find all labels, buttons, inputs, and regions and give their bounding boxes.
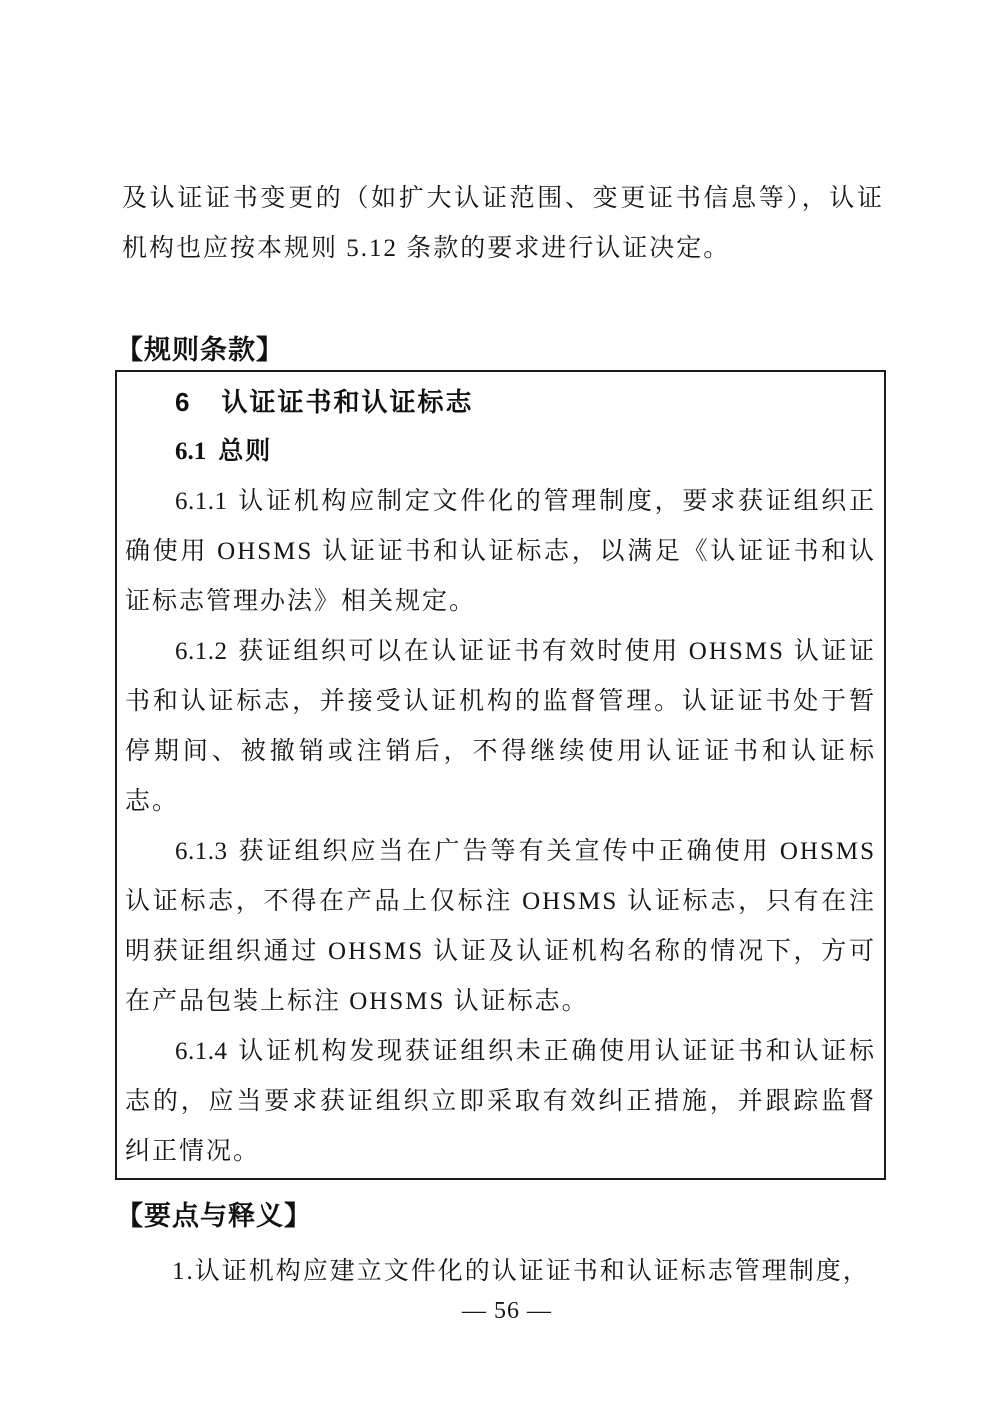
clause-text: 认证机构发现获证组织未正确使用认证证书和认证标志的，应当要求获证组织立即采取有效… <box>125 1038 876 1165</box>
clause-text: 获证组织应当在广告等有关宣传中正确使用 OHSMS 认证标志，不得在产品上仅标注… <box>125 838 876 1015</box>
chapter-number: 6 <box>175 387 189 417</box>
clause-number: 6.1.2 <box>175 638 228 665</box>
subsection-number: 6.1 <box>175 438 206 465</box>
clause-number: 6.1.3 <box>175 838 228 865</box>
clause-number: 6.1.1 <box>175 488 228 515</box>
clause-number: 6.1.4 <box>175 1038 228 1065</box>
clause-6-1-2: 6.1.2获证组织可以在认证证书有效时使用 OHSMS 认证证书和认证标志，并接… <box>125 627 876 827</box>
points-and-interpretation-heading: 【要点与释义】 <box>116 1198 884 1234</box>
chapter-title: 认证证书和认证标志 <box>221 387 473 417</box>
clause-6-1-4: 6.1.4认证机构发现获证组织未正确使用认证证书和认证标志的，应当要求获证组织立… <box>125 1027 876 1177</box>
clause-text: 认证机构应制定文件化的管理制度，要求获证组织正确使用 OHSMS 认证证书和认证… <box>125 488 876 615</box>
points-paragraph: 1.认证机构应建立文件化的认证证书和认证标志管理制度， <box>122 1247 884 1297</box>
clause-6-1-3: 6.1.3获证组织应当在广告等有关宣传中正确使用 OHSMS 认证标志，不得在产… <box>125 827 876 1027</box>
document-page: 及认证证书变更的（如扩大认证范围、变更证书信息等），认证机构也应按本规则 5.1… <box>0 0 1000 1297</box>
rule-clauses-heading: 【规则条款】 <box>116 332 884 368</box>
chapter-heading: 6认证证书和认证标志 <box>125 377 876 427</box>
page-number-text: — 56 — <box>462 1298 552 1324</box>
continuation-paragraph: 及认证证书变更的（如扩大认证范围、变更证书信息等），认证机构也应按本规则 5.1… <box>122 174 884 274</box>
clause-text: 获证组织可以在认证证书有效时使用 OHSMS 认证证书和认证标志，并接受认证机构… <box>125 638 876 815</box>
clause-6-1-1: 6.1.1认证机构应制定文件化的管理制度，要求获证组织正确使用 OHSMS 认证… <box>125 477 876 627</box>
subsection-heading: 6.1总则 <box>125 427 876 477</box>
subsection-title: 总则 <box>218 438 272 465</box>
page-number: — 56 — <box>0 1295 1000 1327</box>
rule-clauses-box: 6认证证书和认证标志 6.1总则 6.1.1认证机构应制定文件化的管理制度，要求… <box>115 370 886 1180</box>
